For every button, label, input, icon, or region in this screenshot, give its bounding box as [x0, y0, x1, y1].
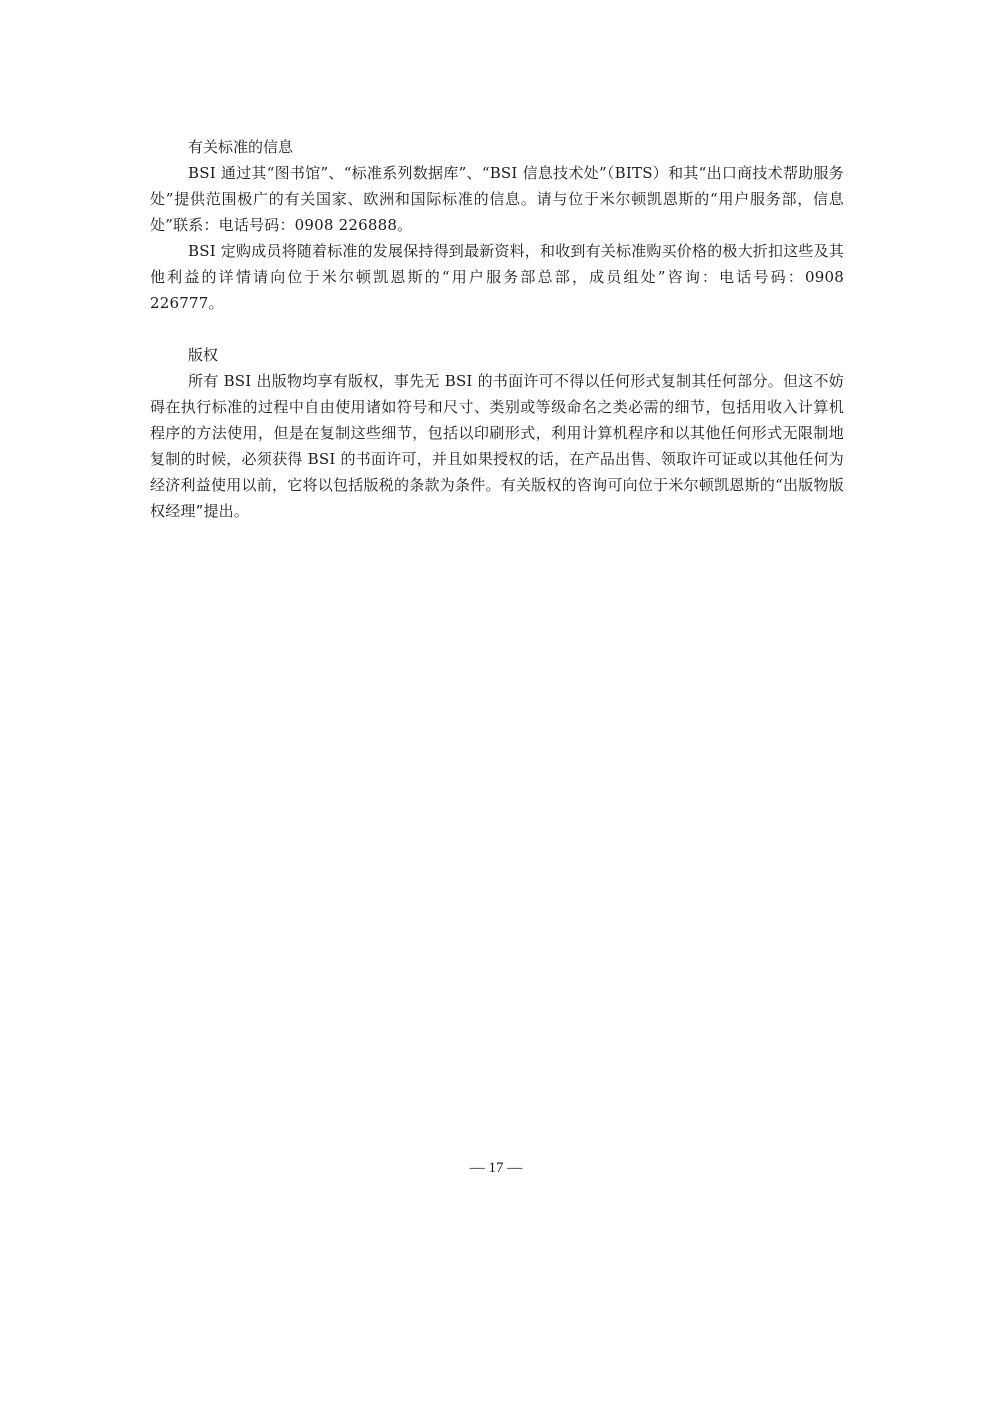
section-heading: 有关标准的信息: [150, 134, 844, 160]
paragraph: BSI 通过其“图书馆”、“标准系列数据库”、“BSI 信息技术处”（BITS）…: [150, 160, 844, 238]
paragraph: BSI 定购成员将随着标准的发展保持得到最新资料，和收到有关标准购买价格的极大折…: [150, 238, 844, 316]
page-content: 有关标准的信息 BSI 通过其“图书馆”、“标准系列数据库”、“BSI 信息技术…: [150, 134, 844, 524]
page-number: — 17 —: [0, 1158, 992, 1178]
section-standards-information: 有关标准的信息 BSI 通过其“图书馆”、“标准系列数据库”、“BSI 信息技术…: [150, 134, 844, 316]
paragraph: 所有 BSI 出版物均享有版权，事先无 BSI 的书面许可不得以任何形式复制其任…: [150, 368, 844, 524]
section-heading: 版权: [150, 342, 844, 368]
section-copyright: 版权 所有 BSI 出版物均享有版权，事先无 BSI 的书面许可不得以任何形式复…: [150, 342, 844, 524]
